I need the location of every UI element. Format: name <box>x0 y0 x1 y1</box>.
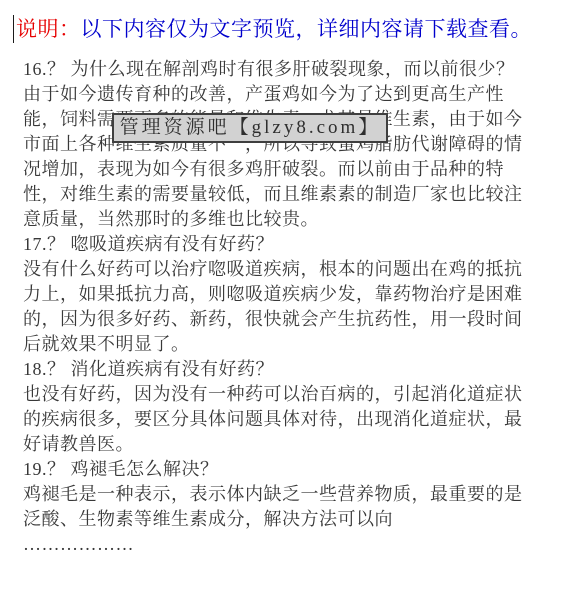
text-line: 没有什么好药可以治疗唿吸道疾病，根本的问题出在鸡的抵抗 <box>23 257 574 282</box>
preview-notice: 说明：以下内容仅为文字预览，详细内容请下载查看。 <box>16 16 532 42</box>
text-line: 17.？ 唿吸道疾病有没有好药？ <box>23 232 574 257</box>
document-preview-page: 说明：以下内容仅为文字预览，详细内容请下载查看。 16.？ 为什么现在解剖鸡时有… <box>0 0 578 600</box>
text-line: 泛酸、生物素等维生素成分，解决方法可以向 <box>23 507 574 532</box>
text-line: 意质量，当然那时的多维也比较贵。 <box>23 207 574 232</box>
text-line: 18.？ 消化道疾病有没有好药？ <box>23 357 574 382</box>
text-line: 也没有好药，因为没有一种药可以治百病的，引起消化道症状 <box>23 382 574 407</box>
text-caret <box>13 15 14 43</box>
text-line: 力上，如果抵抗力高，则唿吸道疾病少发，靠药物治疗是困难 <box>23 282 574 307</box>
text-line: 的，因为很多好药、新药，很快就会产生抗药性，用一段时间 <box>23 307 574 332</box>
text-line: 况增加，表现为如今有很多鸡肝破裂。而以前由于品种的特 <box>23 157 574 182</box>
text-line: 鸡褪毛是一种表示，表示体内缺乏一些营养物质，最重要的是 <box>23 482 574 507</box>
text-line: 好请教兽医。 <box>23 432 574 457</box>
text-line: 由于如今遗传育种的改善，产蛋鸡如今为了达到更高生产性 <box>23 82 574 107</box>
text-line: 后就效果不明显了。 <box>23 332 574 357</box>
text-line: 性，对维生素的需要量较低，而且维素素的制造厂家也比较注 <box>23 182 574 207</box>
notice-text: 以下内容仅为文字预览，详细内容请下载查看。 <box>81 17 533 41</box>
text-line: 的疾病很多，要区分具体问题具体对待，出现消化道症状，最 <box>23 407 574 432</box>
text-line: 16.？ 为什么现在解剖鸡时有很多肝破裂现象，而以前很少？ <box>23 57 574 82</box>
watermark-badge: 管理资源吧【glzy8.com】 <box>112 113 388 143</box>
text-line: ……………… <box>23 532 574 557</box>
text-line: 19.？ 鸡褪毛怎么解决？ <box>23 457 574 482</box>
notice-label: 说明： <box>16 17 81 41</box>
